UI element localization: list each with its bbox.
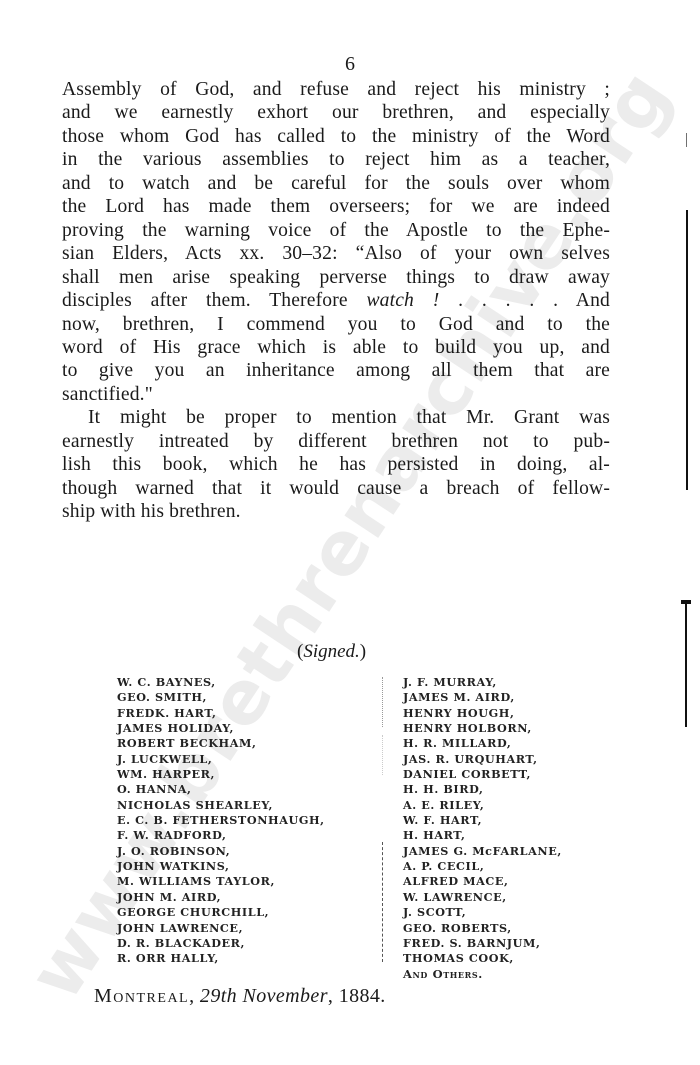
document-page: 6 Assembly of God, and refuse and reject… (0, 0, 700, 1065)
text-line: now, brethren, I commend you to God and … (62, 313, 610, 336)
paragraph-line: though warned that it would cause a brea… (62, 477, 610, 500)
signatory: JAMES G. McFARLANE, (403, 844, 562, 859)
column-divider (382, 842, 384, 962)
text-segment: . . . . . And (439, 290, 610, 311)
text-line: the Lord has made them overseers; for we… (62, 195, 610, 218)
text-segment: disciples after them. Therefore (62, 290, 366, 311)
body-text: Assembly of God, and refuse and reject h… (62, 78, 610, 524)
signatory: FREDK. HART, (117, 706, 325, 721)
text-line: shall men arise speaking perverse things… (62, 266, 610, 289)
signatory: ROBERT BECKHAM, (117, 736, 325, 751)
dateline-place: Montreal (94, 985, 189, 1007)
column-divider (382, 677, 384, 727)
signatory: W. F. HART, (403, 813, 562, 828)
text-line: Assembly of God, and refuse and reject h… (62, 78, 610, 101)
dateline-separator: , (328, 985, 339, 1007)
signed-heading: (Signed.) (297, 641, 366, 663)
signatory: WM. HARPER, (117, 767, 325, 782)
signatory: GEO. SMITH, (117, 690, 325, 705)
signatory: J. SCOTT, (403, 905, 562, 920)
text-line-watch: disciples after them. Therefore watch ! … (62, 289, 610, 312)
dateline-date: 29th November (200, 985, 328, 1007)
signatory: JAMES M. AIRD, (403, 690, 562, 705)
signatory: H. H. BIRD, (403, 782, 562, 797)
signatory: HENRY HOLBORN, (403, 721, 562, 736)
page-number: 6 (0, 53, 700, 76)
signatory: DANIEL CORBETT, (403, 767, 562, 782)
paragraph-line: lish this book, which he has persisted i… (62, 453, 610, 476)
signatory: W. LAWRENCE, (403, 890, 562, 905)
paragraph-line: earnestly intreated by different brethre… (62, 430, 610, 453)
text-line: proving the warning voice of the Apostle… (62, 219, 610, 242)
signatory: JOHN M. AIRD, (117, 890, 325, 905)
dateline: Montreal, 29th November, 1884. (94, 985, 386, 1008)
signatory: ALFRED MACE, (403, 874, 562, 889)
signatory: JAMES HOLIDAY, (117, 721, 325, 736)
signatory: E. C. B. FETHERSTONHAUGH, (117, 813, 325, 828)
signatory: R. ORR HALLY, (117, 951, 325, 966)
text-line: in the various assemblies to reject him … (62, 148, 610, 171)
signatories-left-column: W. C. BAYNES, GEO. SMITH, FREDK. HART, J… (117, 675, 325, 967)
signatory: JOHN LAWRENCE, (117, 921, 325, 936)
signed-label: Signed. (303, 641, 359, 662)
text-line: and to watch and be careful for the soul… (62, 172, 610, 195)
signatory: HENRY HOUGH, (403, 706, 562, 721)
signatories-right-column: J. F. MURRAY, JAMES M. AIRD, HENRY HOUGH… (403, 675, 562, 982)
text-line: word of His grace which is able to build… (62, 336, 610, 359)
margin-scan-mark (685, 602, 687, 727)
signatory: GEORGE CHURCHILL, (117, 905, 325, 920)
signatory-closing: And Others. (403, 967, 562, 982)
signatory: JAS. R. URQUHART, (403, 752, 562, 767)
signatory: W. C. BAYNES, (117, 675, 325, 690)
signatory: O. HANNA, (117, 782, 325, 797)
signatory: D. R. BLACKADER, (117, 936, 325, 951)
signatory: A. E. RILEY, (403, 798, 562, 813)
signatory: J. F. MURRAY, (403, 675, 562, 690)
margin-scan-mark (686, 210, 688, 490)
text-line: those whom God has called to the ministr… (62, 125, 610, 148)
signatory: A. P. CECIL, (403, 859, 562, 874)
text-line: sian Elders, Acts xx. 30–32: “Also of yo… (62, 242, 610, 265)
signatory: H. HART, (403, 828, 562, 843)
signatory: GEO. ROBERTS, (403, 921, 562, 936)
signatory: THOMAS COOK, (403, 951, 562, 966)
signatory: M. WILLIAMS TAYLOR, (117, 874, 325, 889)
text-line: to give you an inheritance among all the… (62, 359, 610, 382)
signatory: H. R. MILLARD, (403, 736, 562, 751)
dateline-separator: , (189, 985, 200, 1007)
paren-close: ) (360, 641, 366, 662)
signatory: J. O. ROBINSON, (117, 844, 325, 859)
text-line: sanctified." (62, 383, 610, 406)
paragraph-line: It might be proper to mention that Mr. G… (62, 406, 610, 429)
paragraph-line: ship with his brethren. (62, 500, 610, 523)
signatory: J. LUCKWELL, (117, 752, 325, 767)
dateline-year: 1884. (339, 985, 386, 1007)
signatory: F. W. RADFORD, (117, 828, 325, 843)
signatory: FRED. S. BARNJUM, (403, 936, 562, 951)
margin-scan-mark (686, 133, 687, 147)
text-line: and we earnestly exhort our brethren, an… (62, 101, 610, 124)
signatory: JOHN WATKINS, (117, 859, 325, 874)
column-divider (382, 735, 384, 775)
italic-emphasis: watch ! (366, 290, 439, 311)
signatory: NICHOLAS SHEARLEY, (117, 798, 325, 813)
